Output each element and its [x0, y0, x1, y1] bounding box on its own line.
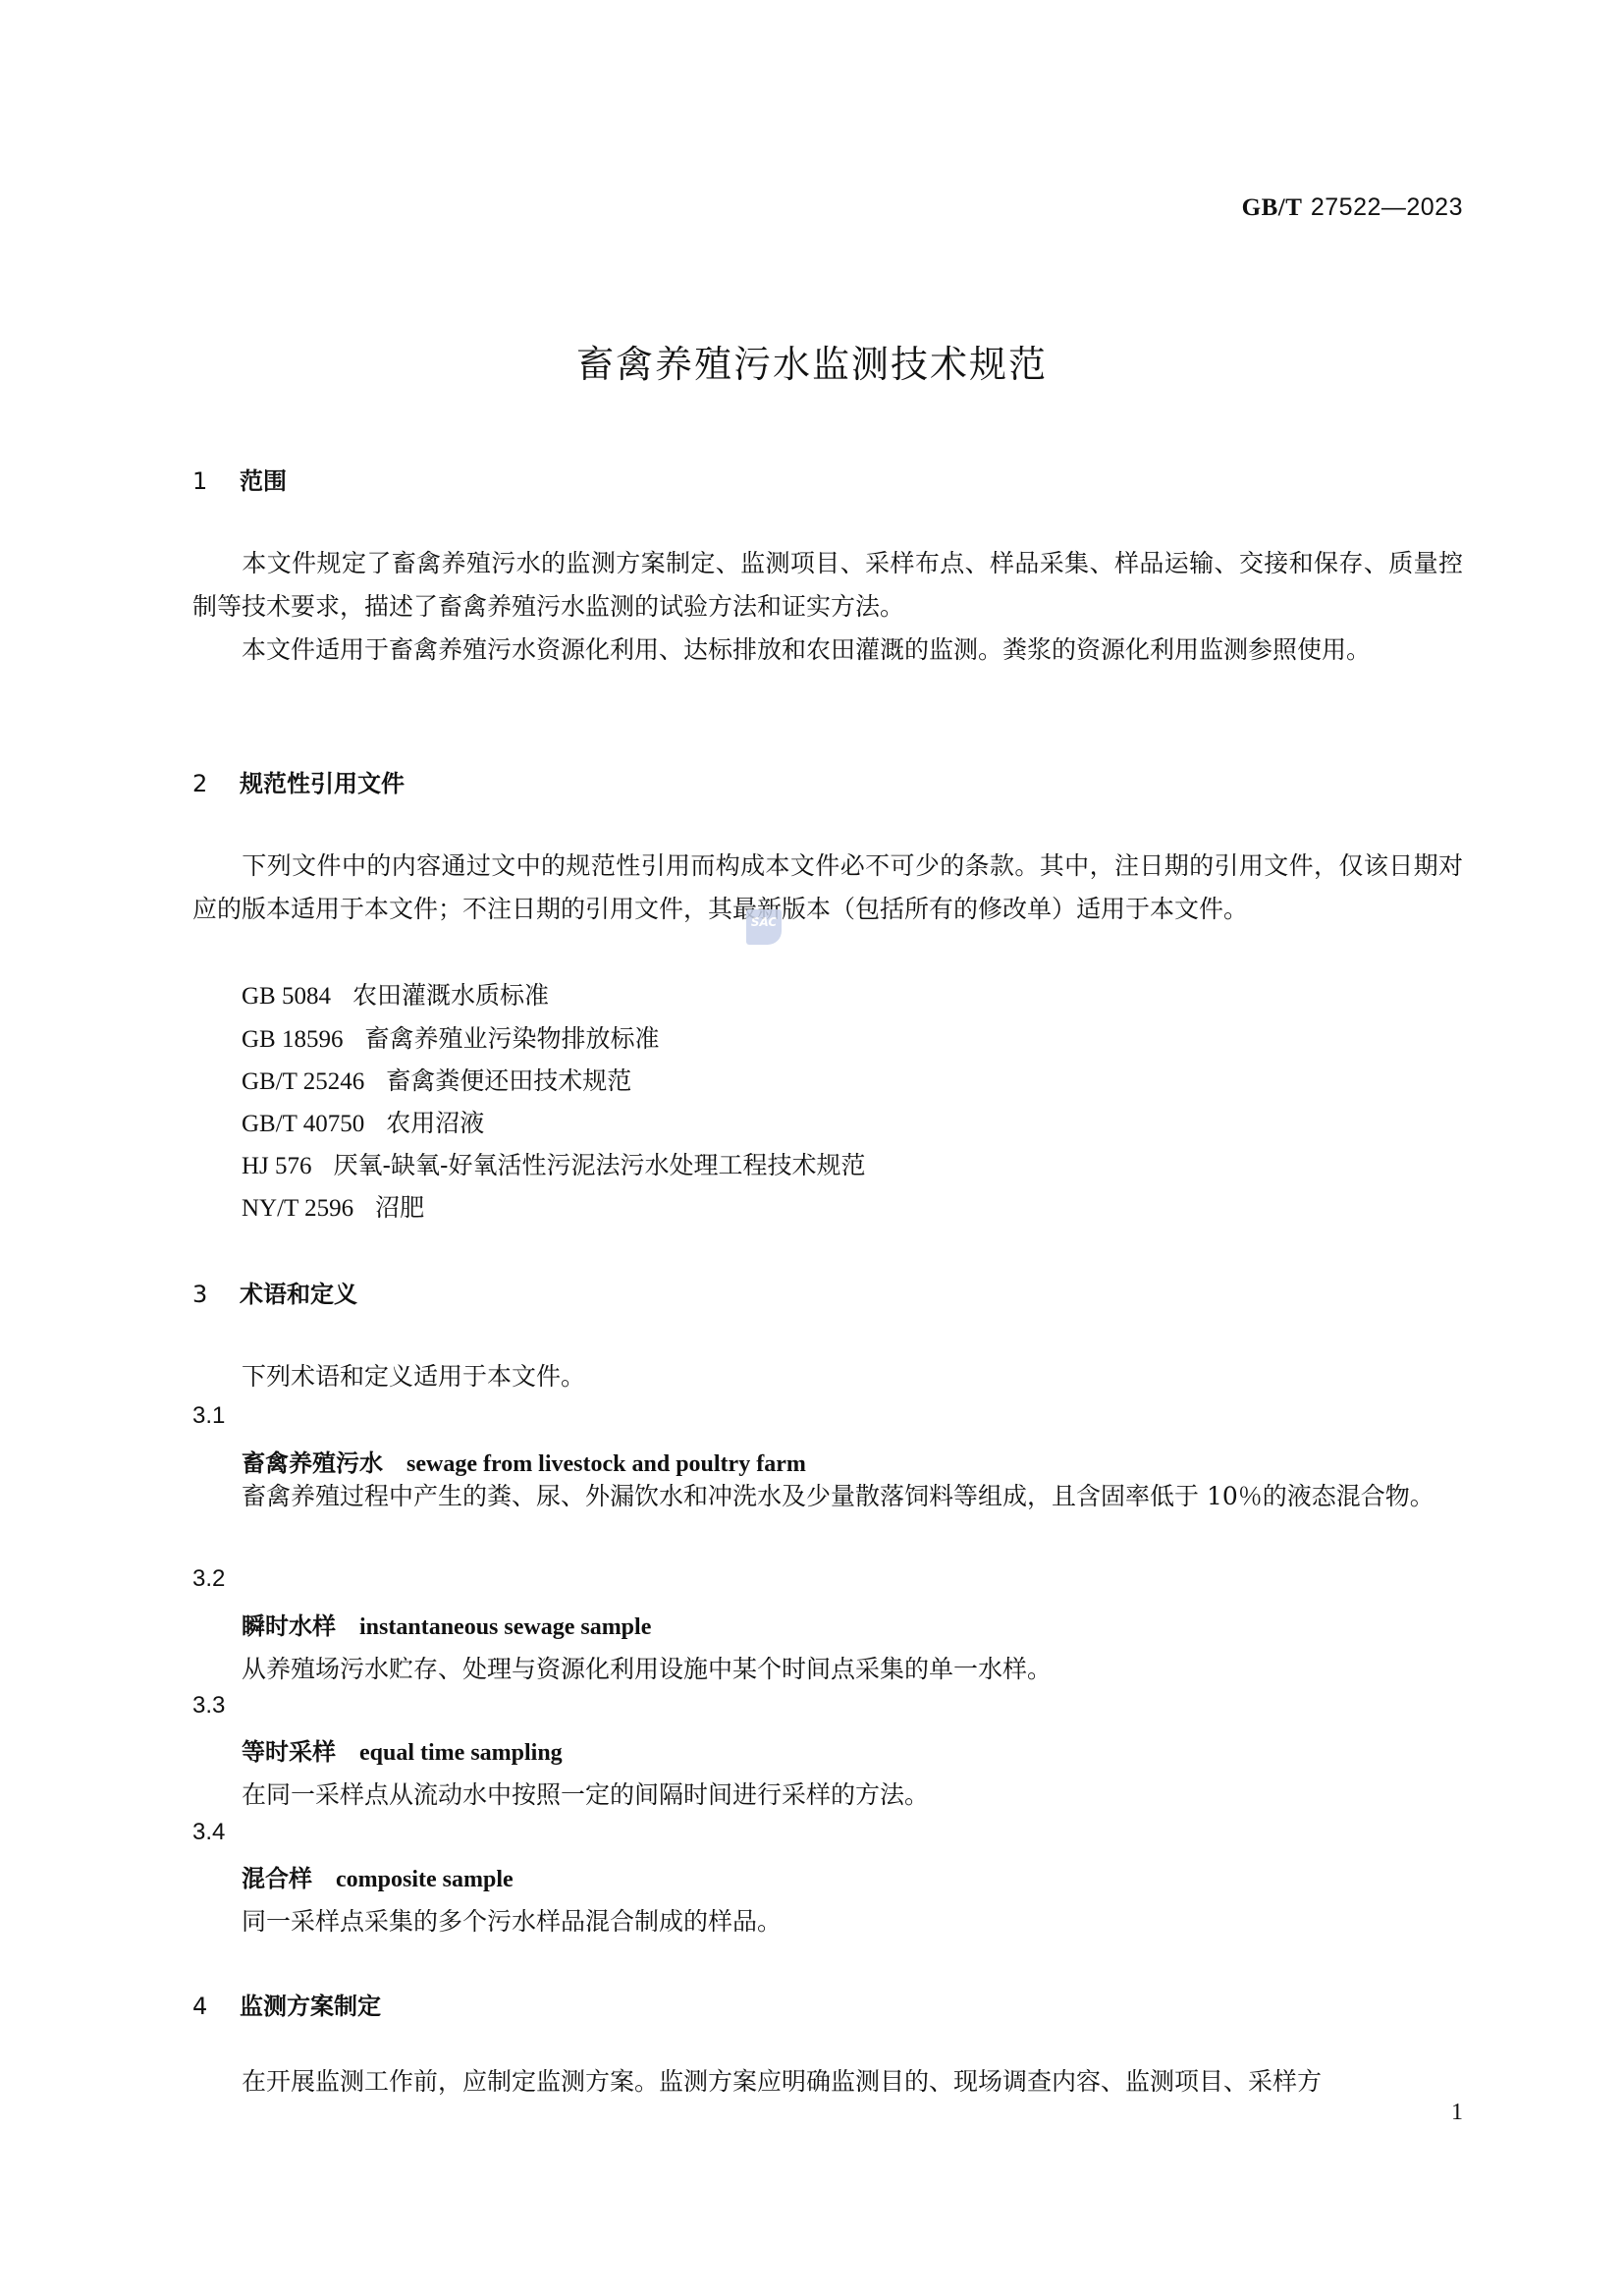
reference-item: GB/T 25246畜禽粪便还田技术规范	[242, 1060, 631, 1104]
section-4-paragraph: 在开展监测工作前，应制定监测方案。监测方案应明确监测目的、现场调查内容、监测项目…	[192, 2060, 1463, 2104]
reference-item: GB/T 40750农用沼液	[242, 1102, 484, 1146]
section-title: 术语和定义	[240, 1281, 357, 1308]
reference-item: NY/T 2596沼肥	[242, 1186, 424, 1230]
section-number: 4	[192, 1993, 240, 2020]
clause-number: 3.2	[192, 1565, 225, 1593]
section-title: 范围	[240, 467, 287, 495]
sac-watermark-logo: SAC	[746, 909, 782, 945]
section-1-heading: 1范围	[192, 462, 287, 496]
standard-number: 27522—2023	[1311, 193, 1463, 221]
standard-prefix: GB/T	[1242, 194, 1303, 221]
section-1-paragraph-2: 本文件适用于畜禽养殖污水资源化利用、达标排放和农田灌溉的监测。粪浆的资源化利用监…	[192, 629, 1463, 672]
reference-item: GB 5084农田灌溉水质标准	[242, 974, 549, 1018]
term-definition: 畜禽养殖过程中产生的粪、尿、外漏饮水和冲洗水及少量散落饲料等组成，且含固率低于 …	[192, 1475, 1463, 1518]
section-number: 1	[192, 467, 240, 495]
section-number: 2	[192, 770, 240, 797]
reference-item: HJ 576厌氧-缺氧-好氧活性污泥法污水处理工程技术规范	[242, 1144, 865, 1188]
clause-number: 3.1	[192, 1402, 225, 1430]
section-2-heading: 2规范性引用文件	[192, 764, 405, 798]
term-definition: 从养殖场污水贮存、处理与资源化利用设施中某个时间点采集的单一水样。	[242, 1650, 1463, 1685]
clause-number: 3.3	[192, 1692, 225, 1720]
section-3-heading: 3术语和定义	[192, 1275, 357, 1309]
section-number: 3	[192, 1281, 240, 1308]
term-heading: 等时采样equal time sampling	[242, 1732, 563, 1767]
term-definition: 同一采样点采集的多个污水样品混合制成的样品。	[242, 1902, 1463, 1938]
section-4-heading: 4监测方案制定	[192, 1987, 381, 2021]
section-2-intro: 下列文件中的内容通过文中的规范性引用而构成本文件必不可少的条款。其中，注日期的引…	[192, 845, 1463, 931]
term-heading: 瞬时水样instantaneous sewage sample	[242, 1607, 651, 1641]
reference-item: GB 18596畜禽养殖业污染物排放标准	[242, 1017, 660, 1062]
term-definition: 在同一采样点从流动水中按照一定的间隔时间进行采样的方法。	[242, 1776, 1463, 1811]
document-title: 畜禽养殖污水监测技术规范	[0, 334, 1624, 388]
section-3-intro: 下列术语和定义适用于本文件。	[192, 1355, 1463, 1398]
term-heading: 混合样composite sample	[242, 1859, 514, 1893]
term-heading: 畜禽养殖污水sewage from livestock and poultry …	[242, 1444, 806, 1478]
section-title: 规范性引用文件	[240, 770, 405, 797]
page-number: 1	[1394, 2100, 1463, 2126]
section-1-paragraph-1: 本文件规定了畜禽养殖污水的监测方案制定、监测项目、采样布点、样品采集、样品运输、…	[192, 542, 1463, 629]
standard-code: GB/T 27522—2023	[1129, 192, 1463, 222]
clause-number: 3.4	[192, 1819, 225, 1846]
section-title: 监测方案制定	[240, 1993, 381, 2020]
